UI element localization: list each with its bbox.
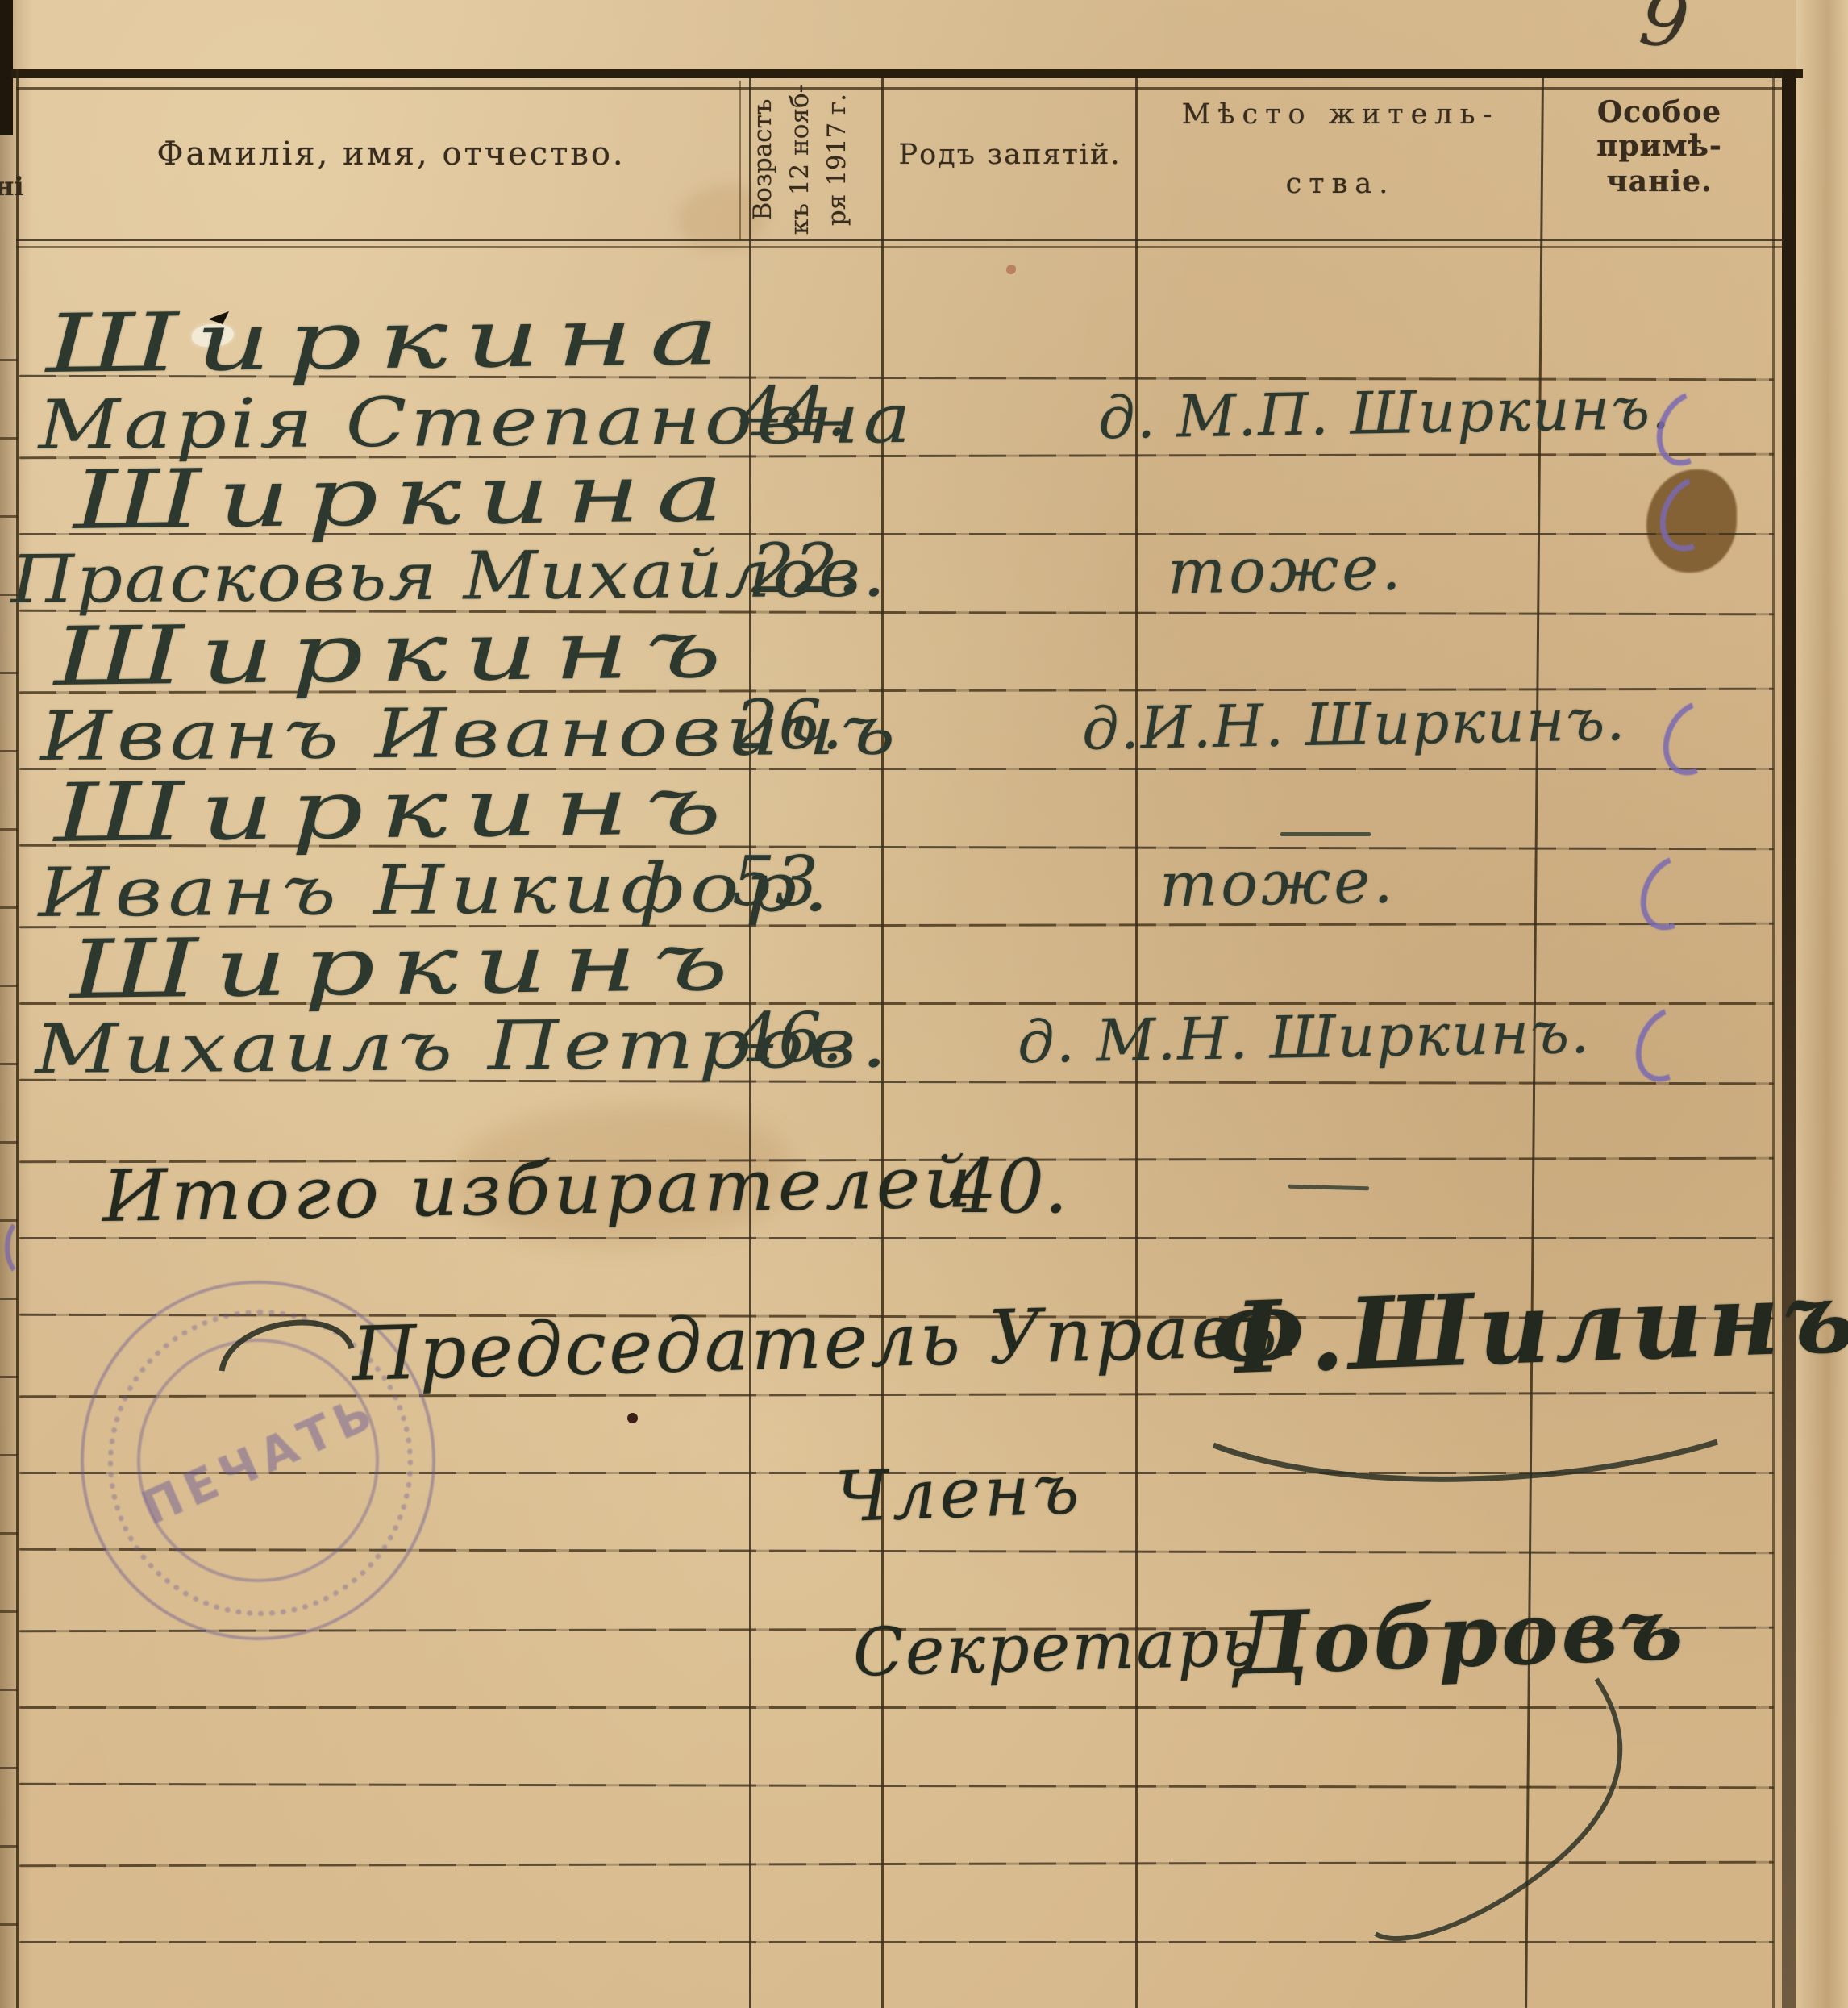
ruled-line [19,1783,1774,1789]
entry-age: 46. [735,998,843,1077]
ruled-line-stub [0,1141,18,1144]
header-note-line-2: чаніе. [1546,165,1772,198]
ruled-line [19,1706,1774,1709]
ruled-line-stub [0,750,18,752]
check-mark-icon [1650,689,1739,786]
ruled-line-stub [0,828,18,831]
ruled-line-stub [0,1298,18,1300]
table-top-border [11,69,1803,78]
ruled-line-stub [0,906,18,909]
header-bottom-line [16,239,1783,241]
entry-residence: д. М.П. Ширкинъ. [1097,374,1671,452]
entry-residence: д. М.Н. Ширкинъ. [1017,998,1591,1076]
table-right-border-thin [1772,69,1775,2008]
chairman-signature: Ф.Шилинъ [1209,1258,1848,1397]
ruled-line [19,1237,1774,1239]
stain-speck [1006,265,1016,274]
header-residence-line-2: ства. [1141,168,1540,200]
ruled-line [19,1861,1774,1868]
header-age-line-1: Возрастъ [748,84,777,235]
page-number: 9 [1635,0,1694,67]
page-corner-mark [0,0,13,135]
header-occupation-column: Родъ запятій. [887,139,1133,171]
ruled-line-stub [0,1923,18,1926]
total-voters-value: 40. [950,1144,1068,1230]
ruled-line-stub [0,1845,18,1848]
total-voters-label: Итого избирателей [102,1140,976,1238]
ruled-line-stub [0,985,18,987]
residence-underline [1288,1185,1369,1191]
check-mark-icon [1647,465,1736,562]
ruled-line-stub [0,515,18,518]
entry-residence: тоже. [1167,531,1405,607]
entry-surname: Ширкинъ [52,602,739,704]
entry-age: 53 [732,842,818,921]
ruled-line-stub [0,672,18,674]
entry-surname: Ширкинъ [69,914,745,1017]
ruled-line-stub [0,1454,18,1456]
margin-check-mark [5,1216,47,1279]
secretary-label: Секретарь [852,1604,1259,1691]
check-mark-icon [1623,996,1712,1093]
table-right-border-thick [1782,69,1796,2008]
residence-underline [1280,832,1371,836]
entry-age: 44. [740,373,848,452]
ruled-line-stub [0,1376,18,1378]
register-page: 9 ні Фамилія, имя, отчество. Возрастъ къ… [0,0,1848,2008]
entry-surname: Ширкина [72,445,740,548]
member-label: Членъ [834,1449,1083,1539]
entry-age: 22. [751,529,859,608]
chairman-label: Председатель Управы [351,1286,1301,1398]
header-age-line-3: ря 1917 г. [822,84,851,235]
entry-surname: Ширкинъ [52,758,739,860]
divider-name-age-twin [739,81,741,240]
header-note-line-1: Особое примѣ- [1546,95,1772,163]
margin-column-fragment: ні [0,171,24,202]
ruled-line [19,1941,1774,1943]
ruled-line-stub [0,1689,18,1691]
ink-splatter-dot [627,1413,638,1423]
ruled-line-stub [0,1610,18,1613]
ruled-line-stub [0,1063,18,1065]
entry-age: 26. [735,685,843,764]
entry-surname: Ширкина [44,289,737,391]
header-age-line-2: къ 12 нояб- [785,84,814,235]
header-name-column: Фамилія, имя, отчество. [48,135,734,173]
page-right-edge [1796,0,1848,2008]
check-mark-icon [1628,844,1717,941]
secretary-signature: Добровъ [1232,1577,1688,1694]
entry-residence: д.И.Н. Ширкинъ. [1081,685,1626,763]
header-bottom-line-2 [16,246,1783,248]
ruled-line-stub [0,437,18,440]
entry-residence: тоже. [1159,844,1396,920]
ruled-line-stub [0,1767,18,1769]
table-top-border-inner [16,87,1790,90]
ruled-line-stub [0,1532,18,1535]
header-residence-line-1: Мѣсто житель- [1141,98,1540,131]
